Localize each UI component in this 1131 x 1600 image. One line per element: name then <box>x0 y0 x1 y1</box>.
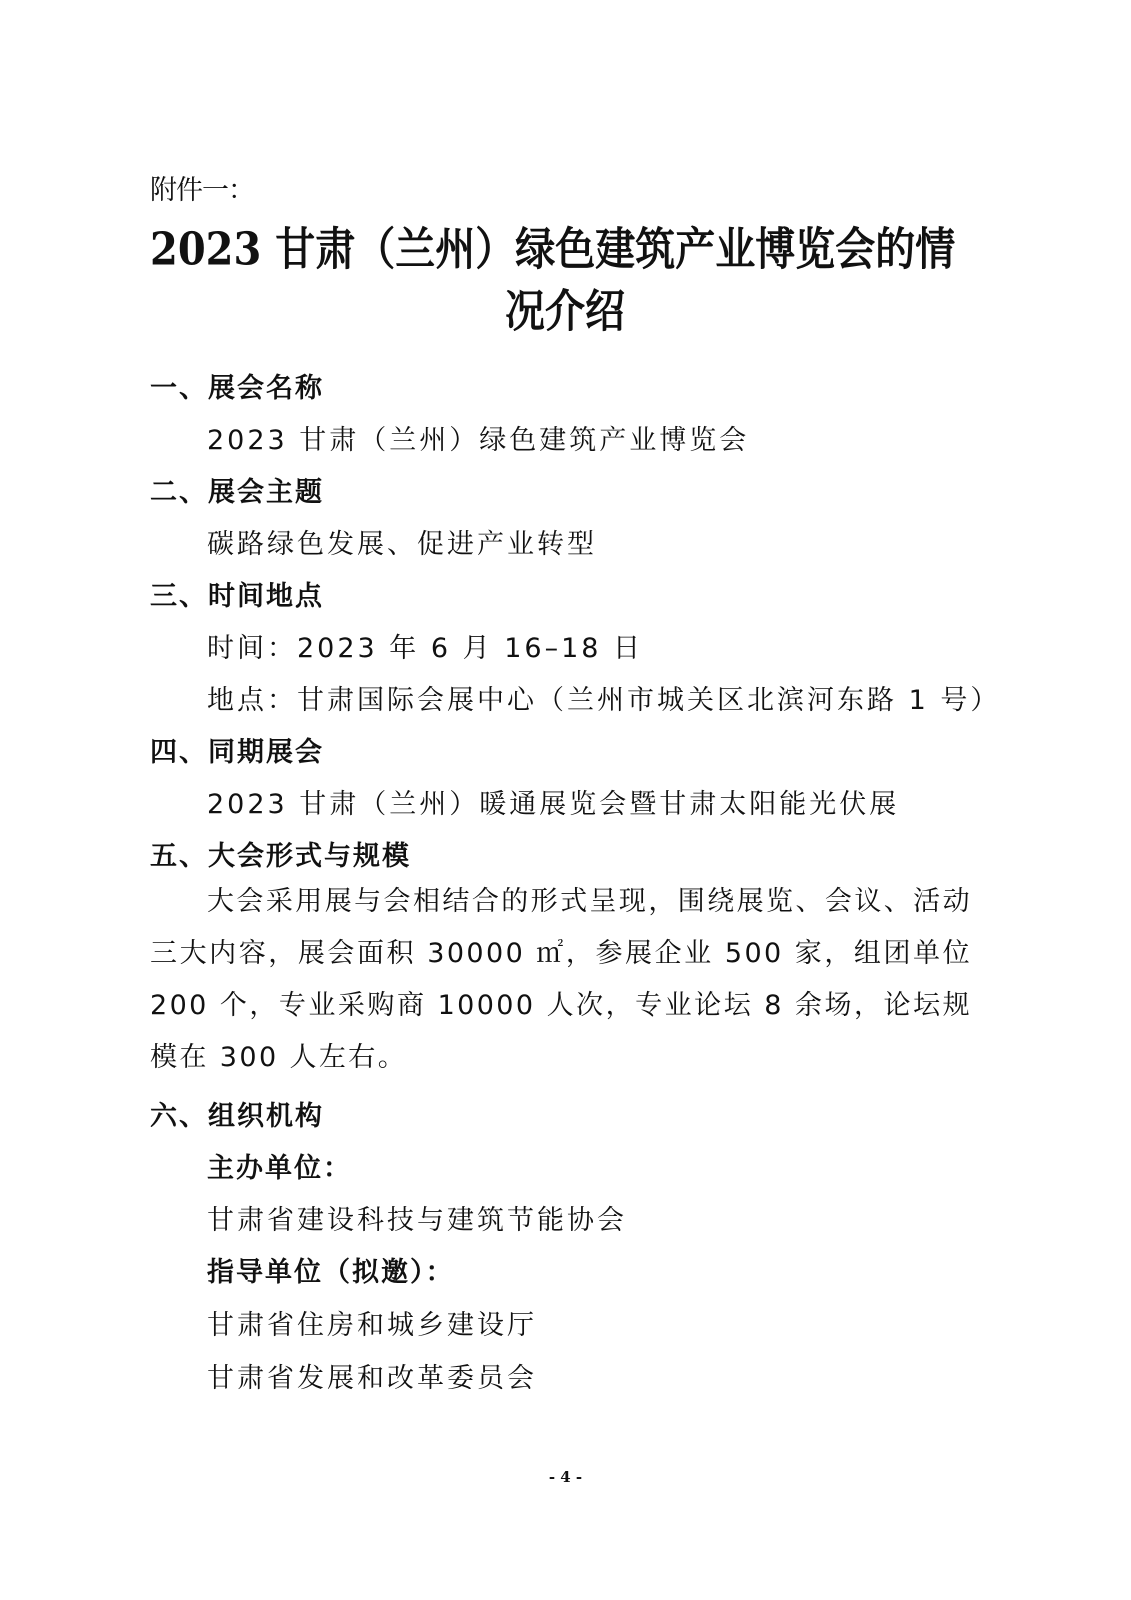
host-label: 主办单位： <box>207 1146 352 1185</box>
section-heading-organization: 六、组织机构 <box>150 1094 324 1133</box>
document-page: 附件一： 2023 甘肃（兰州）绿色建筑产业博览会的情 况介绍 一、展会名称 2… <box>0 0 1131 1600</box>
exhibition-theme: 碳路绿色发展、促进产业转型 <box>207 522 597 561</box>
attachment-label: 附件一： <box>150 168 254 207</box>
page-number: - 4 - <box>0 1468 1131 1486</box>
section-heading-name: 一、展会名称 <box>150 366 324 405</box>
concurrent-exhibition: 2023 甘肃（兰州）暖通展览会暨甘肃太阳能光伏展 <box>207 782 899 821</box>
document-title-line-1: 2023 甘肃（兰州）绿色建筑产业博览会的情 <box>150 214 1000 278</box>
host-organization: 甘肃省建设科技与建筑节能协会 <box>207 1198 627 1237</box>
exhibition-name: 2023 甘肃（兰州）绿色建筑产业博览会 <box>207 418 749 457</box>
guide-organization-2: 甘肃省发展和改革委员会 <box>207 1356 537 1395</box>
section-heading-format-scale: 五、大会形式与规模 <box>150 834 411 873</box>
section-heading-theme: 二、展会主题 <box>150 470 324 509</box>
section-heading-concurrent: 四、同期展会 <box>150 730 324 769</box>
exhibition-time: 时间：2023 年 6 月 16–18 日 <box>207 626 643 665</box>
guide-label: 指导单位（拟邀）： <box>207 1250 455 1289</box>
format-scale-paragraph: 大会采用展与会相结合的形式呈现，围绕展览、会议、活动三大内容，展会面积 3000… <box>150 876 972 1084</box>
exhibition-venue: 地点：甘肃国际会展中心（兰州市城关区北滨河东路 1 号） <box>207 678 1000 717</box>
section-heading-time-place: 三、时间地点 <box>150 574 324 613</box>
document-title-line-2: 况介绍 <box>140 276 990 340</box>
guide-organization-1: 甘肃省住房和城乡建设厅 <box>207 1303 537 1342</box>
